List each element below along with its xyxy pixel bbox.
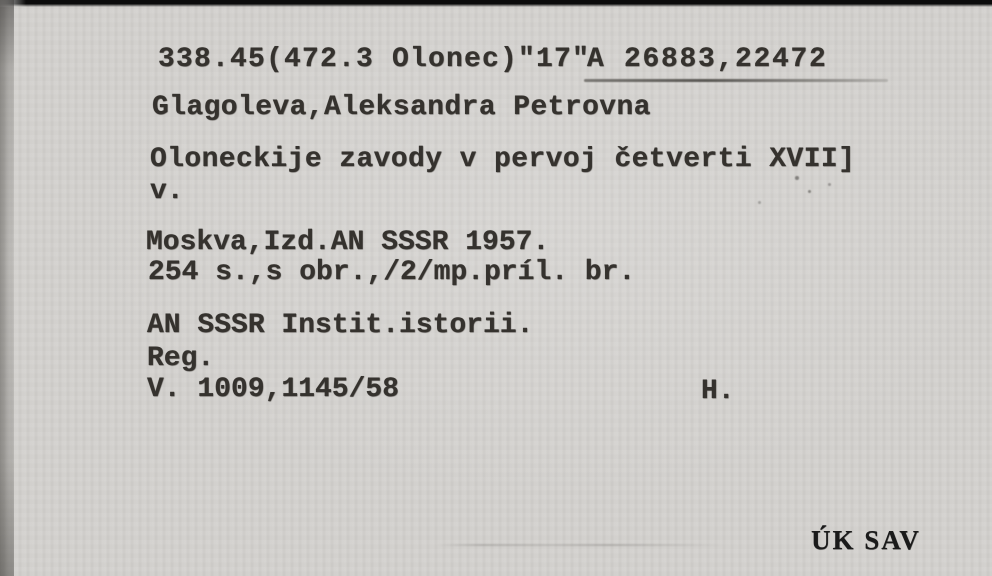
library-stamp: ÚK SAV [811, 525, 921, 555]
collation-line: 254 s.,s obr.,/2/mp.príl. br. [148, 258, 635, 288]
reg-note: Reg. [147, 344, 214, 374]
accession-underline [584, 79, 888, 82]
catalog-card: 338.45(472.3 Olonec)"17" A 26883,22472 G… [0, 0, 992, 576]
title-continuation-line: v. [150, 177, 184, 207]
inventory-number: V. 1009,1145/58 [147, 375, 399, 405]
ink-speck [828, 183, 831, 186]
ink-speck [758, 201, 761, 204]
scan-top-edge [0, 0, 992, 7]
scan-left-edge [0, 0, 14, 576]
accession-number: A 26883,22472 [587, 45, 828, 75]
author-line: Glagoleva,Aleksandra Petrovna [152, 93, 651, 123]
imprint-line: Moskva,Izd.AN SSSR 1957. [146, 228, 549, 258]
title-line: Oloneckije zavody v pervoj četverti XVII… [150, 145, 855, 175]
pencil-smudge-line [438, 544, 724, 546]
cataloguer-initial: H. [701, 377, 735, 407]
classification-number: 338.45(472.3 Olonec)"17" [158, 45, 590, 75]
ink-speck [795, 176, 799, 180]
ink-speck [808, 190, 811, 193]
corporate-author-line: AN SSSR Instit.istorii. [147, 311, 533, 341]
